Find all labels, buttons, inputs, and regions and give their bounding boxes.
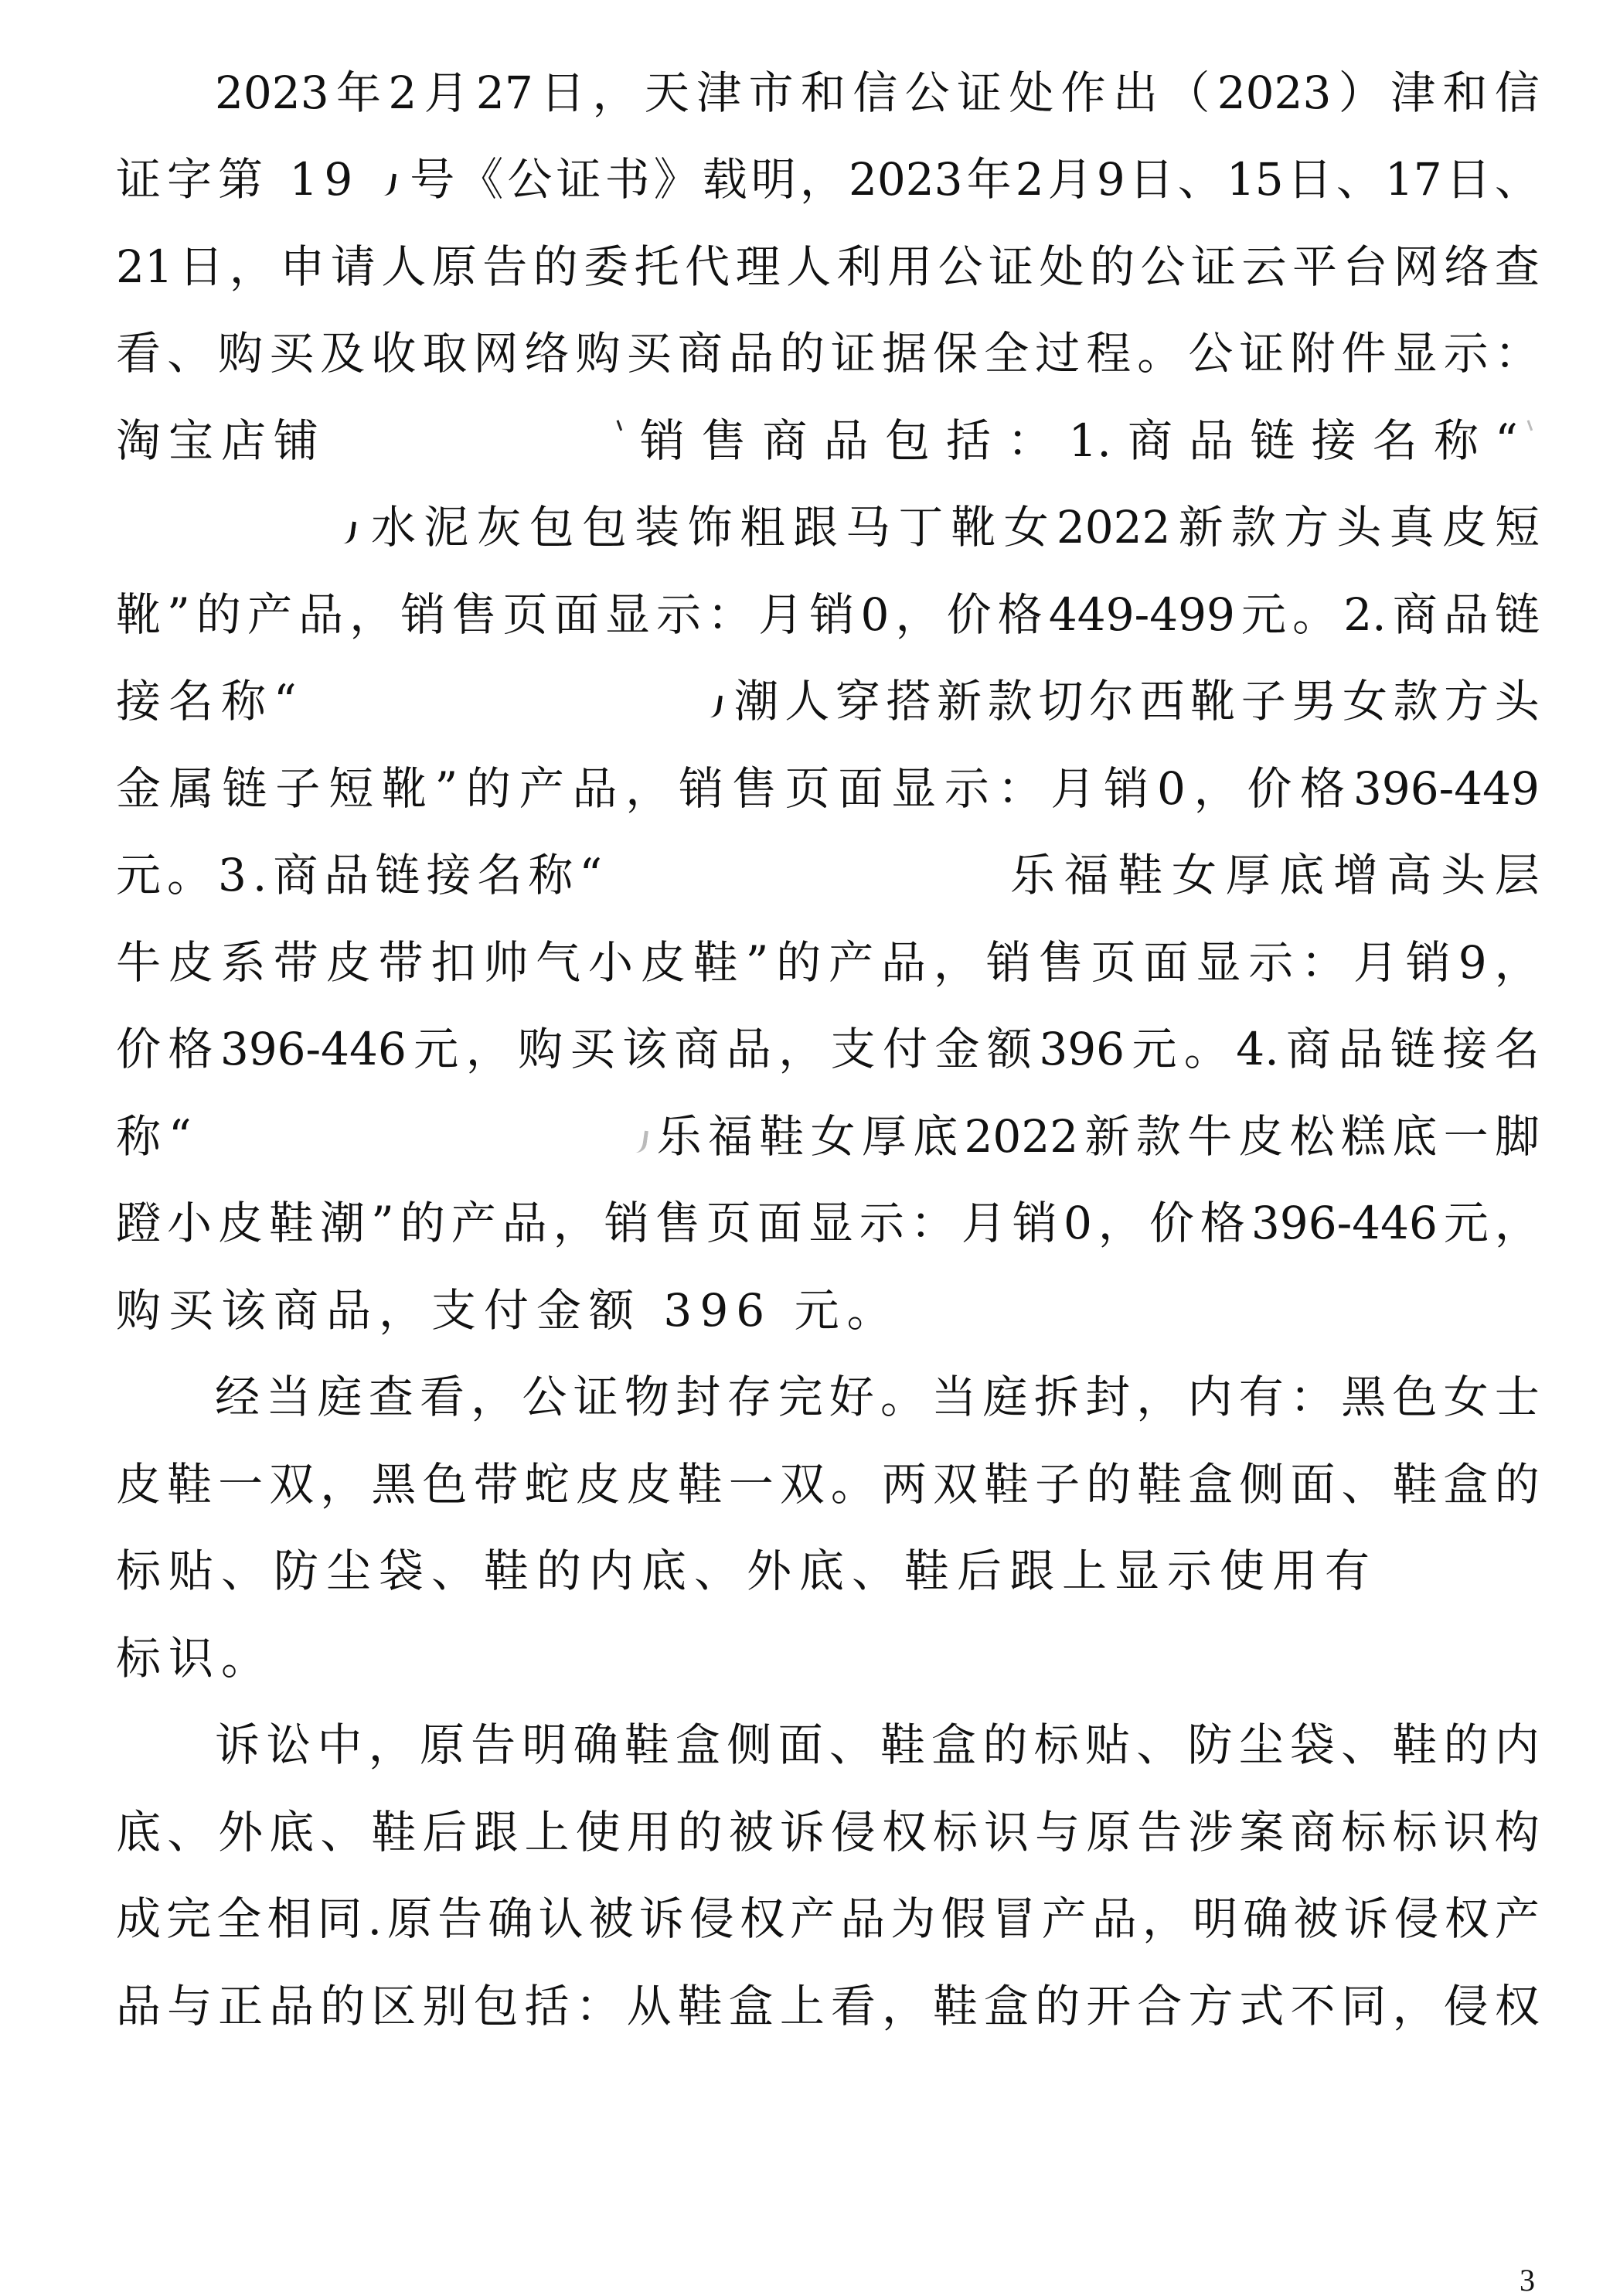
text-segment: 靴”的产品，销售页面显示：月销0，价格449-499元。2.商品链	[116, 584, 1540, 646]
paragraph-1-line-9: 金属链子短靴”的产品，销售页面显示：月销0，价格396-449	[116, 758, 1540, 819]
paragraph-1-line-6: 水泥灰包包装饰粗跟马丁靴女2022新款方头真皮短	[116, 496, 1540, 558]
text-segment: 底、外底、鞋后跟上使用的被诉侵权标识与原告涉案商标标识构	[116, 1801, 1540, 1863]
redaction-gap	[359, 156, 380, 203]
paragraph-1-line-4: 看、购买及收取网络购买商品的证据保全过程。公证附件显示：	[116, 322, 1540, 384]
text-segment: 称“	[116, 1105, 199, 1167]
paragraph-3-line-4: 品与正品的区别包括：从鞋盒上看，鞋盒的开合方式不同，侵权	[116, 1975, 1540, 2037]
text-segment: 证字第 19	[116, 148, 359, 210]
paragraph-1-line-5: 淘宝店铺 销售商品包括：1.商品链接名称“	[116, 410, 1540, 472]
text-segment: 成完全相同.原告确认被诉侵权产品为假冒产品，明确被诉侵权产	[116, 1888, 1540, 1950]
text-segment: 标贴、防尘袋、鞋的内底、外底、鞋后跟上显示使用有	[116, 1540, 1377, 1602]
paragraph-1-line-11: 牛皮系带皮带扣帅气小皮鞋”的产品，销售页面显示：月销9，	[116, 932, 1540, 993]
paragraph-1-line-13: 称“ 乐福鞋女厚底2022新款牛皮松糕底一脚	[116, 1105, 1540, 1167]
paragraph-1-line-1: 2023年2月27日，天津市和信公证处作出（2023）津和信	[215, 62, 1540, 124]
paragraph-1-line-7: 靴”的产品，销售页面显示：月销0，价格449-499元。2.商品链	[116, 584, 1540, 646]
text-segment: 2023年2月27日，天津市和信公证处作出（2023）津和信	[215, 62, 1540, 124]
paragraph-2-line-4: 标识。	[116, 1627, 1540, 1689]
page-number: 3	[1520, 2264, 1535, 2296]
paragraph-2-line-3: 标贴、防尘袋、鞋的内底、外底、鞋后跟上显示使用有	[116, 1540, 1540, 1602]
text-segment: 潮人穿搭新款切尔西靴子男女款方头	[734, 670, 1540, 732]
paragraph-1-line-14: 蹬小皮鞋潮”的产品，销售页面显示：月销0，价格396-446元，	[116, 1192, 1540, 1254]
text-segment: 看、购买及收取网络购买商品的证据保全过程。公证附件显示：	[116, 322, 1540, 384]
redaction-remnant	[1523, 417, 1540, 464]
text-segment: 号《公证书》载明，2023年2月9日、15日、17日、	[410, 148, 1540, 210]
redaction-remnant	[340, 504, 357, 550]
text-segment: 牛皮系带皮带扣帅气小皮鞋”的产品，销售页面显示：月销9，	[116, 932, 1540, 993]
paragraph-1-line-10: 元。3.商品链接名称“ 乐福鞋女厚底增高头层	[116, 844, 1540, 906]
text-segment: 21日，申请人原告的委托代理人利用公证处的公证云平台网络查	[116, 236, 1540, 298]
redaction-remnant	[380, 156, 397, 203]
text-segment: 标识。	[116, 1627, 274, 1689]
paragraph-2-line-1: 经当庭查看，公证物封存完好。当庭拆封，内有：黑色女士	[215, 1366, 1540, 1428]
redaction-remnant	[706, 678, 723, 724]
redaction-gap	[305, 678, 706, 724]
text-segment: 品与正品的区别包括：从鞋盒上看，鞋盒的开合方式不同，侵权	[116, 1975, 1540, 2037]
text-segment: 元。3.商品链接名称“	[116, 844, 608, 906]
paragraph-3-line-3: 成完全相同.原告确认被诉侵权产品为假冒产品，明确被诉侵权产	[116, 1888, 1540, 1950]
paragraph-1-line-12: 价格396-446元，购买该商品，支付金额396元。4.商品链接名	[116, 1018, 1540, 1080]
text-segment: 购买该商品，支付金额 396 元。	[116, 1279, 900, 1341]
paragraph-3-line-2: 底、外底、鞋后跟上使用的被诉侵权标识与原告涉案商标标识构	[116, 1801, 1540, 1863]
text-segment: 水泥灰包包装饰粗跟马丁靴女2022新款方头真皮短	[371, 496, 1540, 558]
text-segment: 皮鞋一双，黑色带蛇皮皮鞋一双。两双鞋子的鞋盒侧面、鞋盒的	[116, 1453, 1540, 1515]
redaction-gap	[608, 852, 1010, 898]
text-segment: 金属链子短靴”的产品，销售页面显示：月销0，价格396-449	[116, 758, 1540, 819]
text-segment: 经当庭查看，公证物封存完好。当庭拆封，内有：黑色女士	[215, 1366, 1540, 1428]
text-segment: 销售商品包括：1.商品链接名称“	[640, 410, 1518, 472]
document-page: 2023年2月27日，天津市和信公证处作出（2023）津和信 证字第 19 号《…	[0, 0, 1620, 2296]
text-segment: 诉讼中，原告明确鞋盒侧面、鞋盒的标贴、防尘袋、鞋的内	[215, 1714, 1540, 1776]
redaction-gap	[116, 504, 340, 550]
text-segment: 乐福鞋女厚底增高头层	[1010, 844, 1540, 906]
redaction-gap	[199, 1113, 632, 1160]
paragraph-1-line-3: 21日，申请人原告的委托代理人利用公证处的公证云平台网络查	[116, 236, 1540, 298]
text-segment: 蹬小皮鞋潮”的产品，销售页面显示：月销0，价格396-446元，	[116, 1192, 1540, 1254]
paragraph-3-line-1: 诉讼中，原告明确鞋盒侧面、鞋盒的标贴、防尘袋、鞋的内	[215, 1714, 1540, 1776]
text-segment: 接名称“	[116, 670, 305, 732]
paragraph-1-line-8: 接名称“ 潮人穿搭新款切尔西靴子男女款方头	[116, 670, 1540, 732]
paragraph-1-line-2: 证字第 19 号《公证书》载明，2023年2月9日、15日、17日、	[116, 148, 1540, 210]
paragraph-2-line-2: 皮鞋一双，黑色带蛇皮皮鞋一双。两双鞋子的鞋盒侧面、鞋盒的	[116, 1453, 1540, 1515]
redaction-gap	[326, 417, 612, 464]
text-segment: 乐福鞋女厚底2022新款牛皮松糕底一脚	[657, 1105, 1540, 1167]
text-segment: 价格396-446元，购买该商品，支付金额396元。4.商品链接名	[116, 1018, 1540, 1080]
text-segment: 淘宝店铺	[116, 410, 326, 472]
redaction-remnant	[632, 1113, 649, 1160]
redaction-remnant	[612, 417, 629, 464]
paragraph-1-line-15: 购买该商品，支付金额 396 元。	[116, 1279, 1540, 1341]
